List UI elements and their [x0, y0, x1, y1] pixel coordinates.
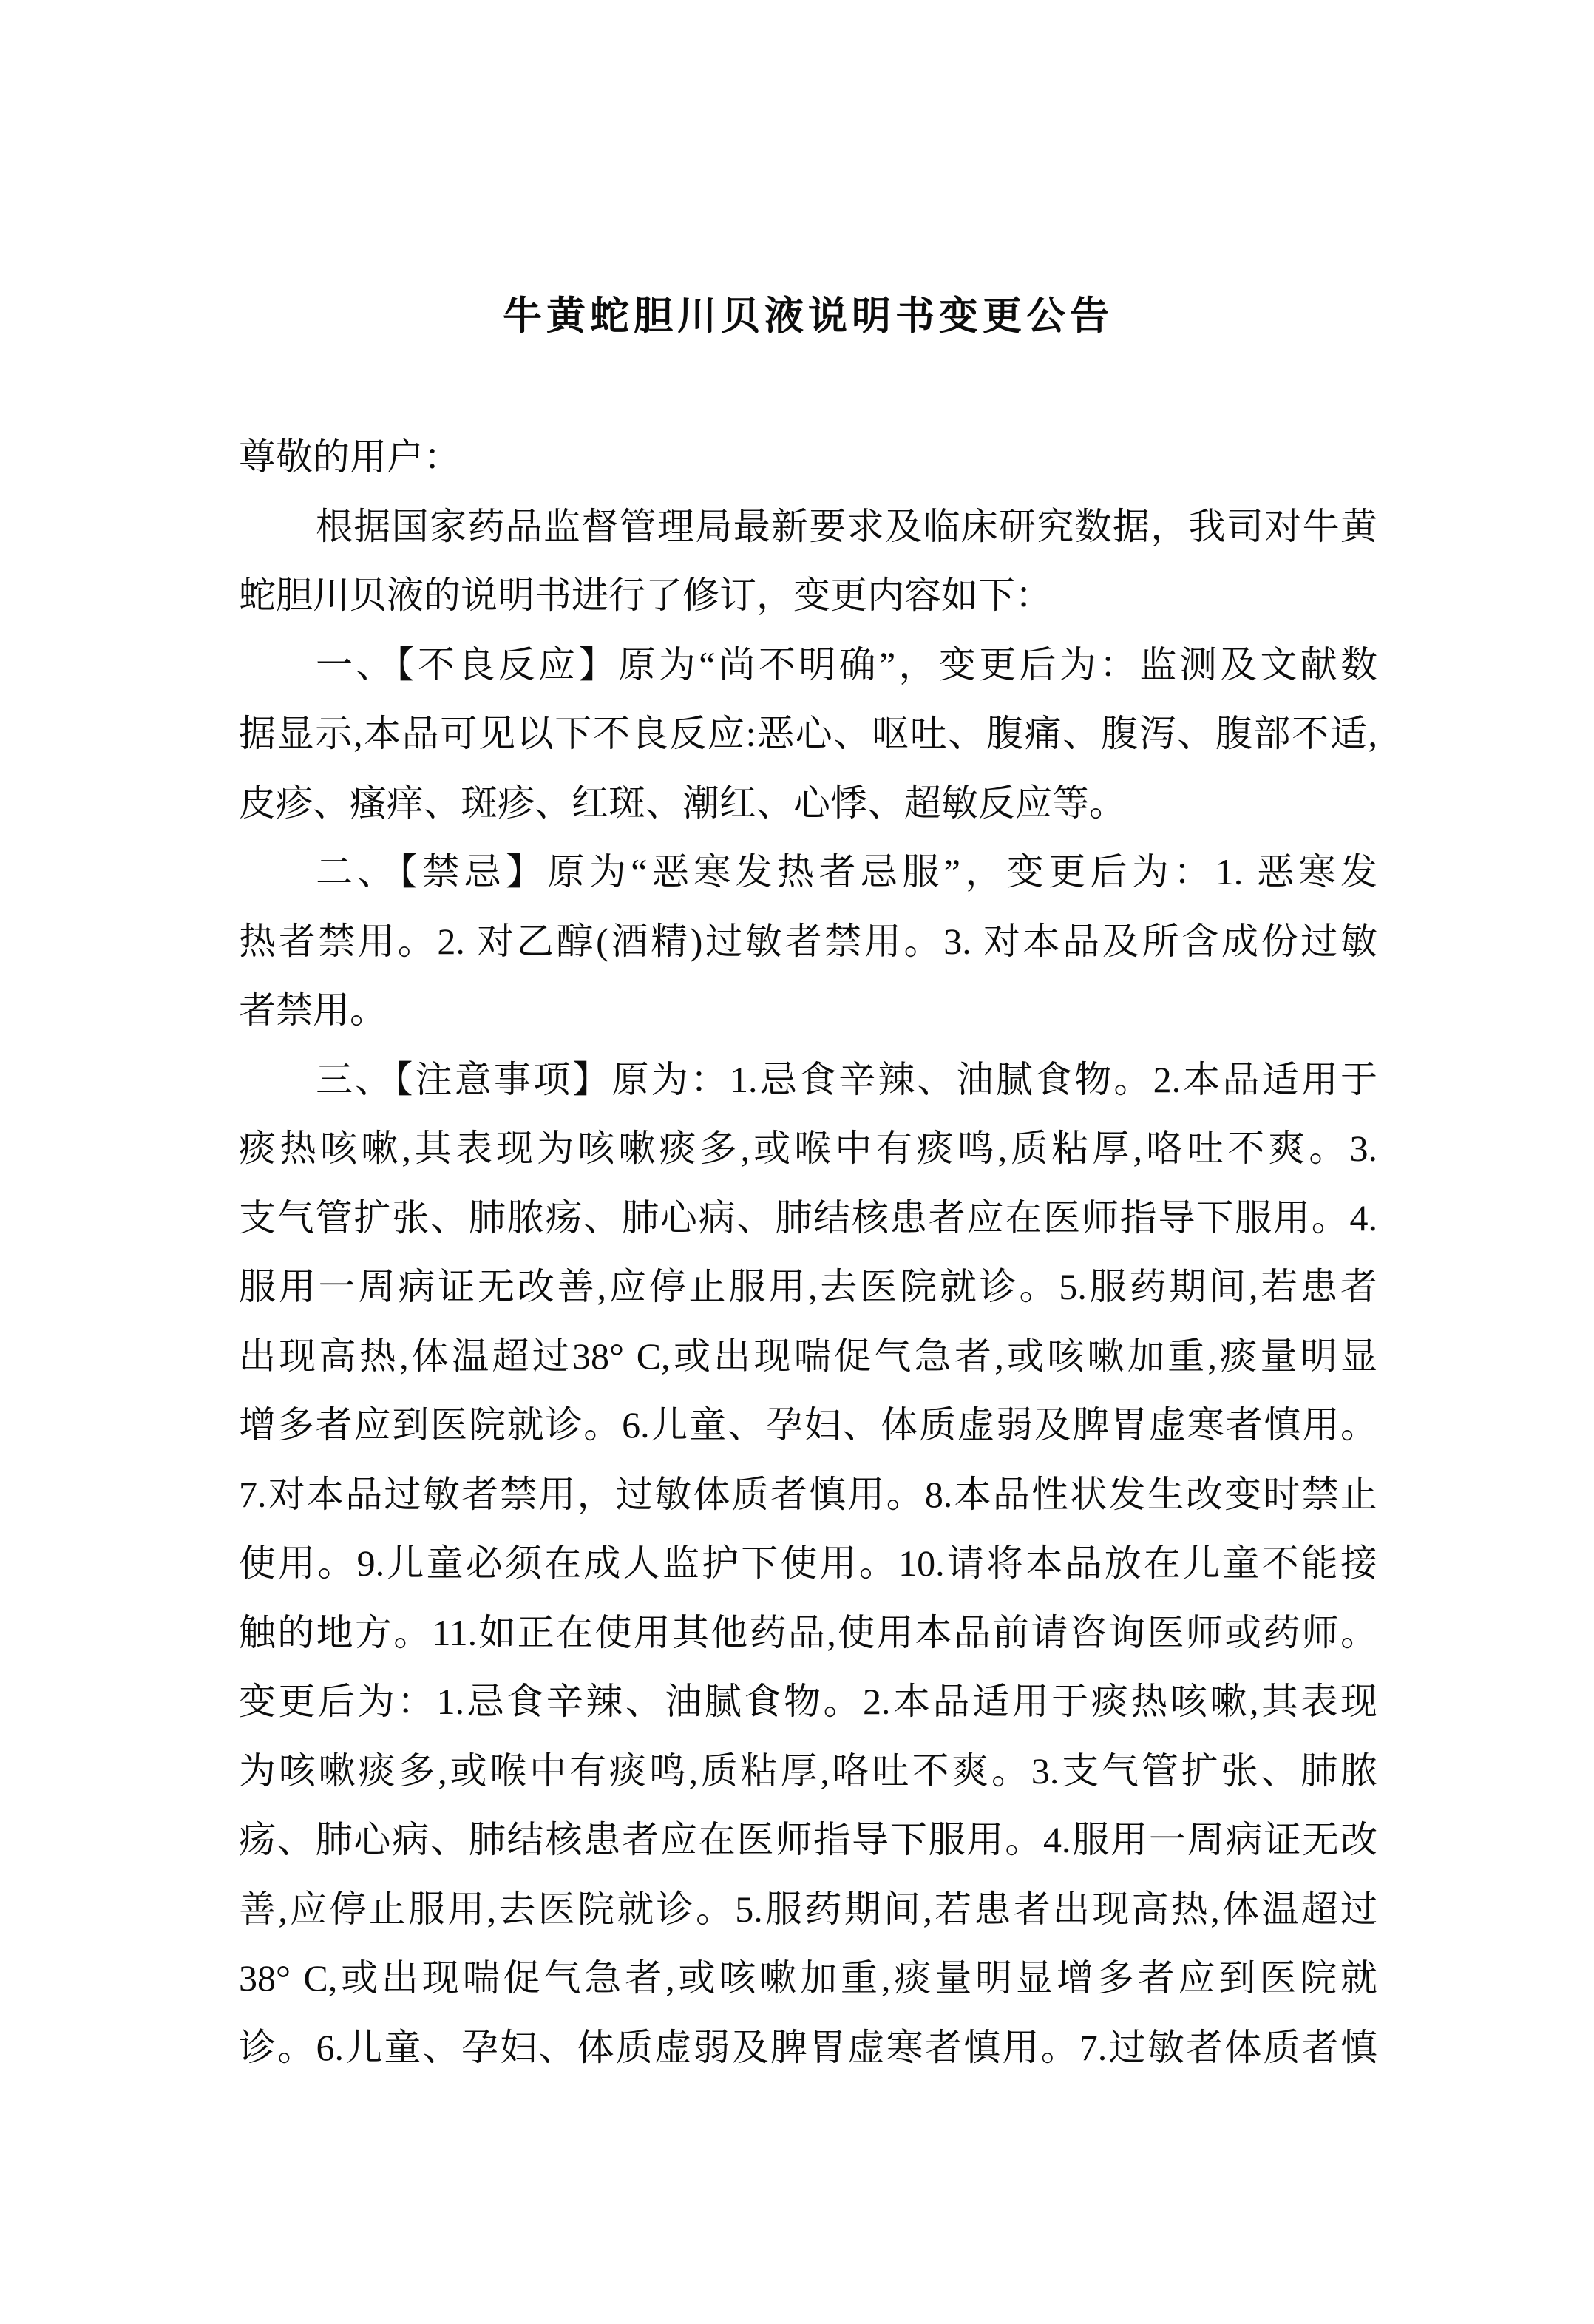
text-line: 为咳嗽痰多,或喉中有痰鸣,质粘厚,咯吐不爽。3.支气管扩张、肺脓	[239, 1737, 1377, 1806]
text-line: 痰热咳嗽,其表现为咳嗽痰多,或喉中有痰鸣,质粘厚,咯吐不爽。3.	[239, 1114, 1377, 1184]
doc-body: 尊敬的用户： 根据国家药品监督管理局最新要求及临床研究数据，我司对牛黄 蛇胆川贝…	[239, 423, 1377, 2082]
text-line: 蛇胆川贝液的说明书进行了修订，变更内容如下：	[239, 561, 1377, 631]
document-page: 牛黄蛇胆川贝液说明书变更公告 尊敬的用户： 根据国家药品监督管理局最新要求及临床…	[0, 0, 1594, 2324]
text-line: 疡、肺心病、肺结核患者应在医师指导下服用。4.服用一周病证无改	[239, 1806, 1377, 1875]
text-line: 善,应停止服用,去医院就诊。5.服药期间,若患者出现高热,体温超过	[239, 1875, 1377, 1945]
text-line: 支气管扩张、肺脓疡、肺心病、肺结核患者应在医师指导下服用。4.	[239, 1184, 1377, 1253]
text-line: 三、【注意事项】原为：1.忌食辛辣、油腻食物。2.本品适用于	[239, 1046, 1377, 1115]
text-line: 根据国家药品监督管理局最新要求及临床研究数据，我司对牛黄	[239, 492, 1377, 562]
text-line: 二、【禁忌】原为“恶寒发热者忌服”，变更后为：1. 恶寒发	[239, 838, 1377, 907]
paragraph-section-adverse-reactions: 一、【不良反应】原为“尚不明确”，变更后为：监测及文献数 据显示,本品可见以下不…	[239, 631, 1377, 839]
text-line: 触的地方。11.如正在使用其他药品,使用本品前请咨询医师或药师。	[239, 1599, 1377, 1668]
text-line: 服用一周病证无改善,应停止服用,去医院就诊。5.服药期间,若患者	[239, 1253, 1377, 1322]
text-line: 热者禁用。2. 对乙醇(酒精)过敏者禁用。3. 对本品及所含成份过敏	[239, 907, 1377, 977]
text-line: 诊。6.儿童、孕妇、体质虚弱及脾胃虚寒者慎用。7.过敏者体质者慎	[239, 2013, 1377, 2083]
doc-title: 牛黄蛇胆川贝液说明书变更公告	[239, 285, 1377, 341]
text-line: 皮疹、瘙痒、斑疹、红斑、潮红、心悸、超敏反应等。	[239, 769, 1377, 839]
text-line: 出现高热,体温超过38° C,或出现喘促气急者,或咳嗽加重,痰量明显	[239, 1322, 1377, 1392]
text-line: 一、【不良反应】原为“尚不明确”，变更后为：监测及文献数	[239, 631, 1377, 700]
text-line: 38° C,或出现喘促气急者,或咳嗽加重,痰量明显增多者应到医院就	[239, 1944, 1377, 2013]
text-line: 增多者应到医院就诊。6.儿童、孕妇、体质虚弱及脾胃虚寒者慎用。	[239, 1391, 1377, 1460]
text-line: 者禁用。	[239, 976, 1377, 1046]
paragraph-salutation: 尊敬的用户：	[239, 423, 1377, 492]
text-line: 变更后为：1.忌食辛辣、油腻食物。2.本品适用于痰热咳嗽,其表现	[239, 1667, 1377, 1737]
text-line: 尊敬的用户：	[239, 423, 1377, 492]
text-line: 使用。9.儿童必须在成人监护下使用。10.请将本品放在儿童不能接	[239, 1529, 1377, 1599]
paragraph-intro: 根据国家药品监督管理局最新要求及临床研究数据，我司对牛黄 蛇胆川贝液的说明书进行…	[239, 492, 1377, 631]
text-line: 据显示,本品可见以下不良反应:恶心、呕吐、腹痛、腹泻、腹部不适,	[239, 699, 1377, 769]
text-line: 7.对本品过敏者禁用，过敏体质者慎用。8.本品性状发生改变时禁止	[239, 1460, 1377, 1530]
paragraph-section-contraindications: 二、【禁忌】原为“恶寒发热者忌服”，变更后为：1. 恶寒发 热者禁用。2. 对乙…	[239, 838, 1377, 1046]
paragraph-section-precautions: 三、【注意事项】原为：1.忌食辛辣、油腻食物。2.本品适用于 痰热咳嗽,其表现为…	[239, 1046, 1377, 2083]
